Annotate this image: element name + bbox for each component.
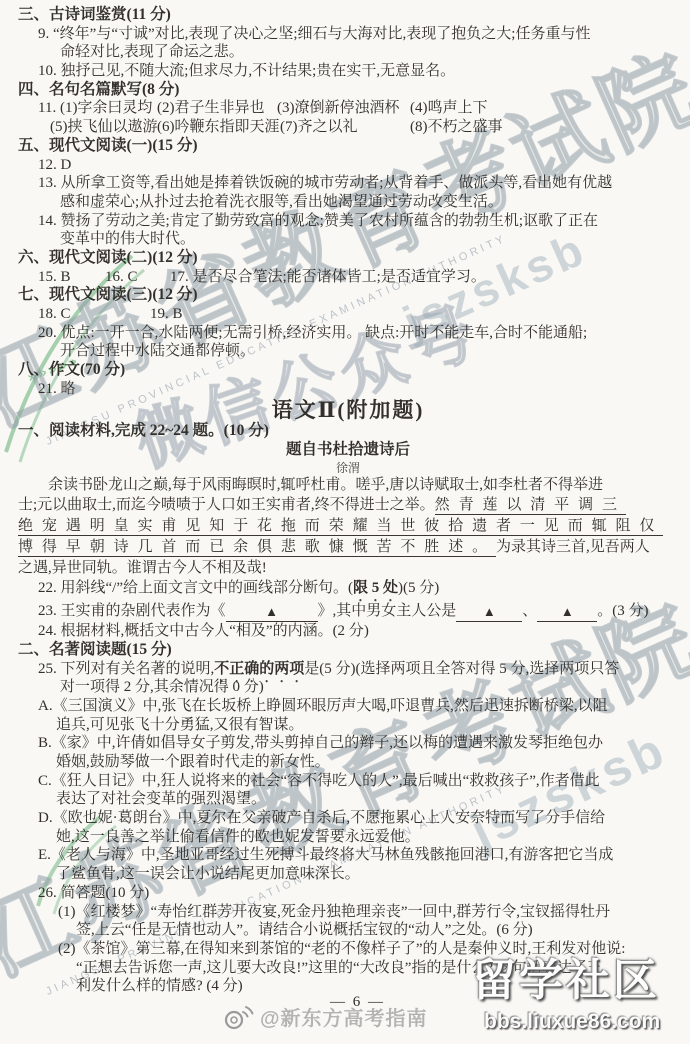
answer-q11-row2: (5)挟飞仙以遨游 (6)吟鞭东指即天涯 (7)齐之以礼 (8)不朽之盛事 xyxy=(18,118,678,137)
q23-text-2: 》,其中男女主人公是 xyxy=(318,603,457,619)
passage-line4-plain: 为录其诗三首,见吾两人 xyxy=(496,539,650,555)
poem-author: 徐渭 xyxy=(18,460,678,476)
question-26: 26. 简答题(10 分) xyxy=(18,884,678,903)
weibo-icon xyxy=(222,1003,254,1031)
q23-separator: 、 xyxy=(522,603,537,619)
answer-q13-line2: 感和虚荣心;从扑过去抢着洗衣服等,看出她渴望通过劳动改变生活。 xyxy=(18,193,678,212)
answer-q17: 17. 是否尽合笔法;能否诸体皆工;是否适宜学习。 xyxy=(170,268,486,287)
q23-blank-1: ▲ xyxy=(226,602,318,622)
q23-score: 。(3 分) xyxy=(597,603,648,619)
question-22: 22. 用斜线“/”给上面文言文中的画线部分断句。(限 5 处)(5 分) xyxy=(18,579,678,598)
weibo-watermark: @新东方高考指南 xyxy=(222,1002,428,1031)
option-A-line1: A.《三国演义》中,张飞在长坂桥上睁圆环眼厉声大喝,吓退曹兵,然后迅速拆断桥梁,… xyxy=(18,697,678,716)
question-26-1-line1: (1)《红楼梦》“寿怡红群芳开夜宴,死金丹独艳理亲丧”一回中,群芳行令,宝钗摇得… xyxy=(18,903,678,922)
section6-header: 六、现代文阅读(二)(12 分) xyxy=(18,249,678,268)
passage-line3: 绝宠遇明皇实甫见知于花拖而荣耀当世彼拾遗者一见而辄阻仅 xyxy=(18,516,678,537)
option-C-line1: C.《狂人日记》中,狂人说将来的社会“容不得吃人的人”,最后喊出“救救孩子”,作… xyxy=(18,772,678,791)
section8-header: 八、作文(70 分) xyxy=(18,361,678,380)
answer-q20-line1: 20. 优点:一开一合,水陆两便;无需引桥,经济实用。 缺点:开时不能走车,合时… xyxy=(18,324,678,343)
part2-title: 语文Ⅱ(附加题) xyxy=(18,398,678,422)
option-C-line2: 表达了对社会变革的强烈渴望。 xyxy=(18,790,678,809)
answer-q11-1: 11. (1)字余曰灵均 xyxy=(38,99,152,118)
option-E-line2: 了鲨鱼骨,这一误会让小说结尾更加意味深长。 xyxy=(18,865,678,884)
answer-q20-line2: 开合过程中水陆交通都停顿。 xyxy=(18,342,678,361)
passage-line1: 余读书卧龙山之巅,每于风雨晦暝时,辄呼杜甫。嗟乎,唐以诗赋取士,如李杜者不得举进 xyxy=(18,476,678,495)
answer-q11-6: (6)吟鞭东指即天涯 xyxy=(157,118,280,137)
q23-blank-2: ▲ xyxy=(456,602,522,622)
answer-q14-line1: 14. 赞扬了劳动之美;肯定了勤劳致富的观念;赞美了农村所蕴含的勃勃生机;讴歌了… xyxy=(18,212,678,231)
weibo-handle: @新东方高考指南 xyxy=(260,1002,428,1031)
answer-q15: 15. B xyxy=(38,268,71,287)
answer-q11-2: (2)君子生非异也 xyxy=(157,99,265,118)
question-24: 24. 根据材料,概括文中古今人“相及”的内涵。(2 分) xyxy=(18,622,678,641)
scanned-exam-answer-page: »»»»» 江苏省教育考试院 JIANGSU PROVINCIAL EDUCAT… xyxy=(0,0,690,1044)
question-25-line2: 对一项得 2 分,其余情况得 0 分) xyxy=(18,678,678,697)
passage-line2-plain: 士;元以曲取士,而迄今啧啧于人口如王实甫者,终不得进士之举。 xyxy=(18,497,435,513)
answer-q11-4: (4)鸣声上下 xyxy=(410,99,488,118)
option-D-line1: D.《欧也妮·葛朗台》中,夏尔在父亲破产自杀后,不愿拖累心上人安奈特而写了分手信… xyxy=(18,809,678,828)
q22-text: 22. 用斜线“/”给上面文言文中的画线部分断句。( xyxy=(38,580,353,596)
part2-section2-header: 二、名著阅读题(15 分) xyxy=(18,641,678,660)
passage-line2: 士;元以曲取士,而迄今啧啧于人口如王实甫者,终不得进士之举。然青莲以清平调三 xyxy=(18,495,678,516)
answer-q11-8: (8)不朽之盛事 xyxy=(410,118,503,137)
part2-section1-header: 一、阅读材料,完成 22~24 题。(10 分) xyxy=(18,422,678,441)
section4-header: 四、名句名篇默写(8 分) xyxy=(18,81,678,100)
poem-title: 题自书杜拾遗诗后 xyxy=(18,441,678,460)
passage-line5: 之遇,异世同轨。谁谓古今人不相及哉! xyxy=(18,558,678,579)
passage-line3-underlined: 绝宠遇明皇实甫见知于花拖而荣耀当世彼拾遗者一见而辄阻仅 xyxy=(18,518,663,536)
option-D-line2: 她,这一良善之举让偷看信件的欧也妮发誓要永远爱他。 xyxy=(18,828,678,847)
answer-q18: 18. C xyxy=(38,305,71,324)
answer-q9-line1: 9. “终年”与“寸诚”对比,表现了决心之坚;细石与大海对比,表现了抱负之大;任… xyxy=(18,25,678,44)
option-B-line1: B.《家》中,许倩如倡导女子剪发,带头剪掉自己的辫子,还以梅的遭遇来激发琴拒绝包… xyxy=(18,734,678,753)
section7-header: 七、现代文阅读(三)(12 分) xyxy=(18,286,678,305)
liuxue-community-name: 留学社区 xyxy=(472,944,660,1008)
passage-line4: 博得早朝诗几首而已余俱悲歌慷慨苦不胜述。为录其诗三首,见吾两人 xyxy=(18,537,678,558)
answer-q15-q17-row: 15. B 16. C 17. 是否尽合笔法;能否诸体皆工;是否适宜学习。 xyxy=(18,268,678,287)
question-23: 23. 王实甫的杂剧代表作为《▲》,其中男女主人公是▲、▲。(3 分) xyxy=(18,600,678,622)
answer-q14-line2: 变革中的伟大时代。 xyxy=(18,230,678,249)
answer-q11-row1: 11. (1)字余曰灵均 (2)君子生非异也 (3)潦倒新停浊酒杯 (4)鸣声上… xyxy=(18,99,678,118)
option-A-line2: 追兵,可见张飞十分勇猛,又很有智谋。 xyxy=(18,716,678,735)
section5-header: 五、现代文阅读(一)(15 分) xyxy=(18,137,678,156)
liuxue-community-url: bbs.liuxue86.com xyxy=(472,1010,660,1034)
q25-scoring-rule: 是(5 分)(选择两项且全答对得 5 分,选择两项只答 xyxy=(304,661,619,677)
answer-q11-3: (3)潦倒新停浊酒杯 xyxy=(277,99,400,118)
answer-q9-line2: 命轻对比,表现了命运之悲。 xyxy=(18,43,678,62)
q25-wrong-two-emphasis: 不正确的两项 xyxy=(214,661,304,677)
liuxue-community-logo: 留学社区 bbs.liuxue86.com xyxy=(472,944,660,1034)
q22-score: )(5 分) xyxy=(398,580,439,596)
q23-blank-3: ▲ xyxy=(537,602,597,622)
answer-q19: 19. B xyxy=(150,305,183,324)
answer-q10: 10. 独抒己见,不随大流;但求尽力,不计结果;贵在实干,无意显名。 xyxy=(18,62,678,81)
answer-q18-q19-row: 18. C 19. B xyxy=(18,305,678,324)
answer-q11-5: (5)挟飞仙以遨游 xyxy=(50,118,158,137)
q25-text: 25. 下列对有关名著的说明, xyxy=(38,661,214,677)
answer-sheet-content: 三、古诗词鉴赏(11 分) 9. “终年”与“寸诚”对比,表现了决心之坚;细石与… xyxy=(18,6,678,996)
q22-limit-emphasis: 限 5 处 xyxy=(353,580,398,596)
passage-line2-underlined: 然青莲以清平调三 xyxy=(435,497,626,515)
answer-q13-line1: 13. 从所拿工资等,看出她是捧着铁饭碗的城市劳动者;从背着手、做派头等,看出她… xyxy=(18,174,678,193)
answer-q16: 16. C xyxy=(105,268,138,287)
passage-line4-underlined: 博得早朝诗几首而已余俱悲歌慷慨苦不胜述。 xyxy=(18,539,496,557)
section3-header: 三、古诗词鉴赏(11 分) xyxy=(18,6,678,25)
question-25-line1: 25. 下列对有关名著的说明,不正确的两项是(5 分)(选择两项且全答对得 5 … xyxy=(18,660,678,679)
option-B-line2: 婚姻,鼓励琴做一个跟着时代走的新女性。 xyxy=(18,753,678,772)
q23-text-1: 23. 王实甫的杂剧代表作为《 xyxy=(38,603,226,619)
option-E-line1: E.《老人与海》中,圣地亚哥经过生死搏斗最终将大马林鱼残骸拖回港口,有游客把它当… xyxy=(18,846,678,865)
answer-q11-7: (7)齐之以礼 xyxy=(280,118,358,137)
question-26-1-line2: 签,上云“任是无情也动人”。请结合小说概括宝钗的“动人”之处。(6 分) xyxy=(18,921,678,940)
answer-q21: 21. 略 xyxy=(18,380,678,399)
answer-q12: 12. D xyxy=(18,156,678,175)
